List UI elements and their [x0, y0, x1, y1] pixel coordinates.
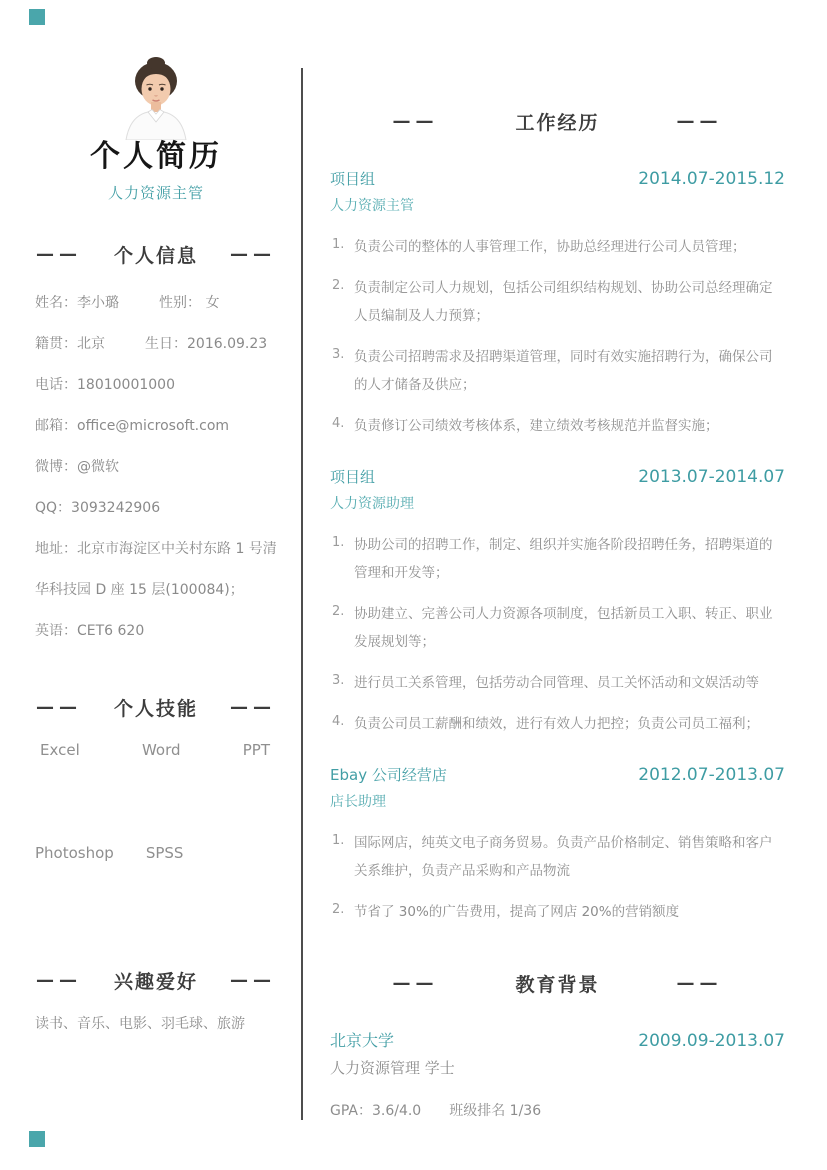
info-row: 籍贯：北京生日：2016.09.23 — [35, 333, 292, 356]
job-bullet: 4.负责修订公司绩效考核体系，建立绩效考核规范并监督实施； — [330, 412, 785, 440]
dash-decoration-left: —— — [393, 973, 439, 994]
dash-decoration-left: —— — [36, 697, 82, 718]
info-row: 微博：@微软 — [35, 456, 292, 479]
section-title-hobbies: 兴趣爱好 — [114, 967, 198, 994]
job-company: 项目组 — [330, 168, 375, 189]
job-role: 人力资源主管 — [330, 197, 785, 216]
bullet-text: 国际网店，纯英文电子商务贸易。负责产品价格制定、销售策略和客户关系维护，负责产品… — [354, 835, 773, 879]
portrait-photo — [114, 52, 198, 140]
education-school: 北京大学 — [330, 1028, 394, 1051]
skill-item: Word — [142, 740, 181, 760]
job-header: 项目组2014.07-2015.12 — [330, 168, 785, 192]
info-field: 性别： 女 — [159, 292, 219, 315]
bullet-number: 3. — [332, 341, 344, 369]
job-bullet: 3.进行员工关系管理，包括劳动合同管理、员工关怀活动和文娱活动等 — [330, 669, 785, 697]
right-column: —— 工作经历 —— 项目组2014.07-2015.12人力资源主管1.负责公… — [330, 108, 785, 1121]
bullet-text: 负责修订公司绩效考核体系，建立绩效考核规范并监督实施； — [354, 418, 719, 434]
bullet-text: 节省了 30%的广告费用，提高了网店 20%的营销额度 — [354, 904, 679, 920]
job-bullet: 2.负责制定公司人力规划，包括公司组织结构规划、协助公司总经理确定人员编制及人力… — [330, 274, 785, 330]
education-section: —— 教育背景 —— 北京大学 2009.09-2013.07 人力资源管理 学… — [330, 970, 785, 1121]
job-bullet: 1.负责公司的整体的人事管理工作，协助总经理进行公司人员管理； — [330, 233, 785, 261]
skill-item: PPT — [243, 740, 270, 760]
section-header-education: —— 教育背景 —— — [393, 970, 723, 996]
job-bullet: 2.节省了 30%的广告费用，提高了网店 20%的营销额度 — [330, 898, 785, 926]
bullet-number: 1. — [332, 529, 344, 557]
job-header: Ebay 公司经营店2012.07-2013.07 — [330, 764, 785, 788]
dash-decoration-right: —— — [230, 244, 276, 265]
skill-row: ExcelWordPPT — [40, 740, 270, 760]
bullet-number: 1. — [332, 827, 344, 855]
section-title-skills: 个人技能 — [114, 694, 198, 721]
bullet-text: 协助公司的招聘工作，制定、组织并实施各阶段招聘任务，招聘渠道的管理和开发等； — [354, 537, 773, 581]
corner-decoration-bottom — [29, 1131, 45, 1147]
portrait-photo-illustration — [114, 52, 198, 140]
job-company: Ebay 公司经营店 — [330, 764, 447, 785]
job-bullet: 1.协助公司的招聘工作，制定、组织并实施各阶段招聘任务，招聘渠道的管理和开发等； — [330, 531, 785, 587]
bullet-number: 2. — [332, 272, 344, 300]
column-divider — [301, 68, 303, 1120]
job-entry: Ebay 公司经营店2012.07-2013.07店长助理1.国际网店，纯英文电… — [330, 764, 785, 926]
info-row: QQ：3093242906 — [35, 497, 292, 520]
job-period: 2012.07-2013.07 — [638, 765, 785, 785]
bullet-number: 4. — [332, 410, 344, 438]
job-bullet-list: 1.国际网店，纯英文电子商务贸易。负责产品价格制定、销售策略和客户关系维护，负责… — [330, 829, 785, 926]
info-field: 电话：18010001000 — [35, 374, 175, 397]
bullet-number: 1. — [332, 231, 344, 259]
resume-page: 个人简历 人力资源主管 —— 个人信息 —— 姓名：李小璐性别： 女籍贯：北京生… — [0, 0, 827, 1170]
job-entry: 项目组2014.07-2015.12人力资源主管1.负责公司的整体的人事管理工作… — [330, 168, 785, 440]
section-header-skills: —— 个人技能 —— — [36, 695, 276, 719]
info-row: 邮箱：office@microsoft.com — [35, 415, 292, 438]
info-field: 英语：CET6 620 — [35, 620, 144, 643]
education-entry: 北京大学 2009.09-2013.07 — [330, 1028, 785, 1052]
info-field: 微博：@微软 — [35, 456, 119, 479]
skill-item: Excel — [40, 740, 80, 760]
skill-item: SPSS — [146, 843, 184, 863]
left-column: 个人简历 人力资源主管 —— 个人信息 —— 姓名：李小璐性别： 女籍贯：北京生… — [20, 50, 292, 1034]
section-title-personal-info: 个人信息 — [114, 241, 198, 268]
section-header-personal-info: —— 个人信息 —— — [36, 242, 276, 266]
info-row: 英语：CET6 620 — [35, 620, 292, 643]
hobbies-text: 读书、音乐、电影、羽毛球、旅游 — [35, 1014, 292, 1034]
job-period: 2013.07-2014.07 — [638, 467, 785, 487]
education-degree: 人力资源管理 学士 — [330, 1057, 785, 1079]
corner-decoration-top — [29, 9, 45, 25]
skills-list: ExcelWordPPTPhotoshopSPSS — [20, 740, 292, 863]
education-gpa-row: GPA：3.6/4.0 班级排名 1/36 — [330, 1101, 785, 1121]
section-title-education: 教育背景 — [515, 970, 599, 997]
bullet-text: 负责公司的整体的人事管理工作，协助总经理进行公司人员管理； — [354, 239, 746, 255]
section-header-hobbies: —— 兴趣爱好 —— — [36, 968, 276, 992]
info-field: 生日：2016.09.23 — [145, 333, 267, 356]
dash-decoration-right: —— — [676, 111, 722, 132]
resume-subtitle: 人力资源主管 — [20, 184, 292, 202]
job-header: 项目组2013.07-2014.07 — [330, 466, 785, 490]
job-role: 人力资源助理 — [330, 495, 785, 514]
bullet-text: 进行员工关系管理，包括劳动合同管理、员工关怀活动和文娱活动等 — [354, 675, 759, 691]
dash-decoration-left: —— — [393, 111, 439, 132]
work-experience-list: 项目组2014.07-2015.12人力资源主管1.负责公司的整体的人事管理工作… — [330, 168, 785, 926]
personal-info-list: 姓名：李小璐性别： 女籍贯：北京生日：2016.09.23电话：18010001… — [35, 292, 292, 643]
job-bullet: 2.协助建立、完善公司人力资源各项制度，包括新员工入职、转正、职业发展规划等； — [330, 600, 785, 656]
info-field: 邮箱：office@microsoft.com — [35, 415, 229, 438]
resume-title: 个人简历 — [20, 140, 292, 174]
dash-decoration-right: —— — [230, 970, 276, 991]
section-title-work: 工作经历 — [515, 108, 599, 135]
bullet-text: 协助建立、完善公司人力资源各项制度，包括新员工入职、转正、职业发展规划等； — [354, 606, 773, 650]
bullet-number: 4. — [332, 708, 344, 736]
bullet-number: 3. — [332, 667, 344, 695]
dash-decoration-left: —— — [36, 970, 82, 991]
job-bullet: 4.负责公司员工薪酬和绩效，进行有效人力把控；负责公司员工福利； — [330, 710, 785, 738]
job-bullet: 1.国际网店，纯英文电子商务贸易。负责产品价格制定、销售策略和客户关系维护，负责… — [330, 829, 785, 885]
info-field: 华科技园 D 座 15 层(100084)； — [35, 579, 244, 602]
skill-row: PhotoshopSPSS — [35, 843, 265, 863]
info-row: 华科技园 D 座 15 层(100084)； — [35, 579, 292, 602]
education-rank: 班级排名 1/36 — [449, 1101, 541, 1121]
job-period: 2014.07-2015.12 — [638, 169, 785, 189]
info-row: 姓名：李小璐性别： 女 — [35, 292, 292, 315]
bullet-number: 2. — [332, 598, 344, 626]
dash-decoration-right: —— — [676, 973, 722, 994]
section-header-work: —— 工作经历 —— — [393, 108, 723, 134]
job-entry: 项目组2013.07-2014.07人力资源助理1.协助公司的招聘工作，制定、组… — [330, 466, 785, 738]
info-field: 地址：北京市海淀区中关村东路 1 号清 — [35, 538, 277, 561]
bullet-text: 负责公司招聘需求及招聘渠道管理，同时有效实施招聘行为，确保公司的人才储备及供应； — [354, 349, 773, 393]
info-row: 地址：北京市海淀区中关村东路 1 号清 — [35, 538, 292, 561]
bullet-text: 负责制定公司人力规划，包括公司组织结构规划、协助公司总经理确定人员编制及人力预算… — [354, 280, 773, 324]
info-field: 姓名：李小璐 — [35, 292, 119, 315]
info-row: 电话：18010001000 — [35, 374, 292, 397]
bullet-text: 负责公司员工薪酬和绩效，进行有效人力把控；负责公司员工福利； — [354, 716, 759, 732]
job-bullet-list: 1.协助公司的招聘工作，制定、组织并实施各阶段招聘任务，招聘渠道的管理和开发等；… — [330, 531, 785, 738]
job-bullet-list: 1.负责公司的整体的人事管理工作，协助总经理进行公司人员管理；2.负责制定公司人… — [330, 233, 785, 440]
education-period: 2009.09-2013.07 — [638, 1031, 785, 1051]
skill-item: Photoshop — [35, 843, 114, 863]
job-role: 店长助理 — [330, 793, 785, 812]
job-bullet: 3.负责公司招聘需求及招聘渠道管理，同时有效实施招聘行为，确保公司的人才储备及供… — [330, 343, 785, 399]
bullet-number: 2. — [332, 896, 344, 924]
dash-decoration-left: —— — [36, 244, 82, 265]
info-field: QQ：3093242906 — [35, 497, 160, 520]
info-field: 籍贯：北京 — [35, 333, 105, 356]
dash-decoration-right: —— — [230, 697, 276, 718]
job-company: 项目组 — [330, 466, 375, 487]
education-gpa: GPA：3.6/4.0 — [330, 1101, 421, 1121]
